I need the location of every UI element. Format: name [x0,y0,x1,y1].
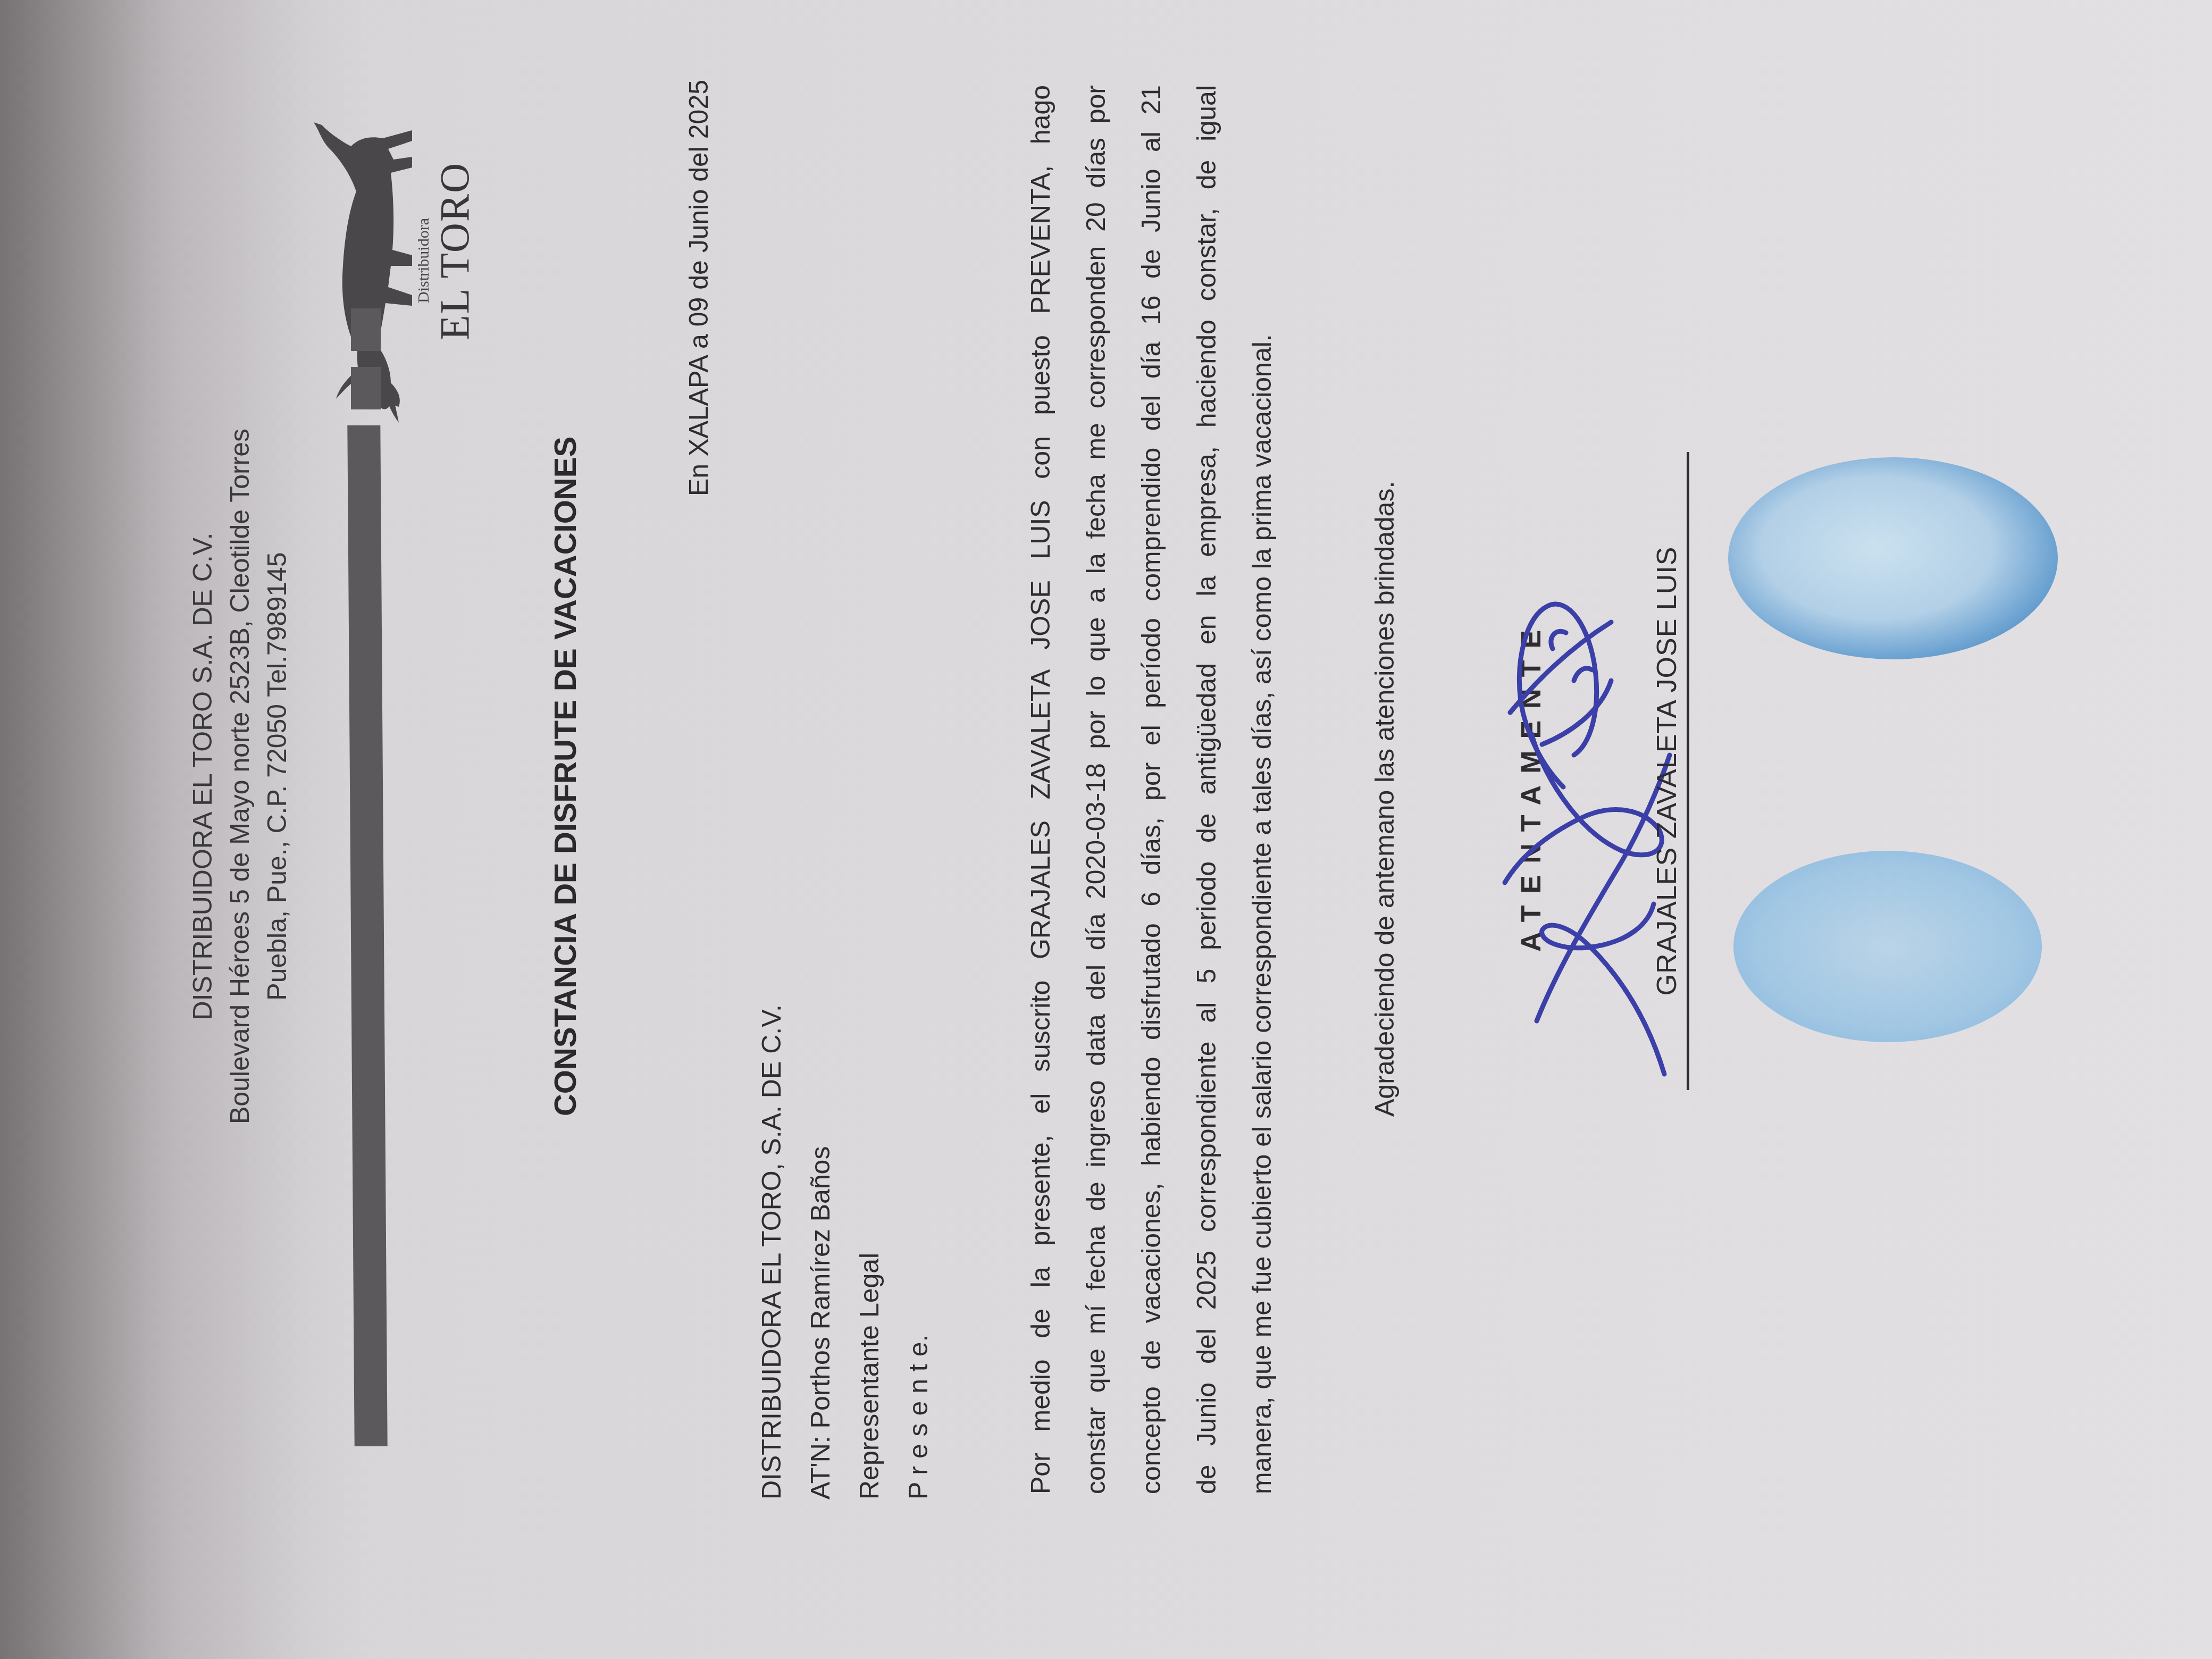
decorative-bar [347,425,387,1446]
place-date: En XALAPA a 09 de Junio del 2025 [683,80,714,542]
company-city-phone: Puebla, Pue., C.P. 72050 Tel.7989145 [261,245,294,1308]
signature-line [1687,452,1689,1090]
body-paragraph: Por medio de la presente, el suscrito GR… [1013,85,1289,1494]
signer-name: GRAJALES ZAVALETA JOSE LUIS [1651,457,1683,1085]
recipient-attention: AT'N: Porthos Ramírez Baños [796,1004,845,1499]
body-line: constar que mí fecha de ingreso data del… [1068,85,1124,1494]
logo-small-text: Distribuidora [415,218,433,303]
company-name: DISTRIBUIDORA EL TORO S.A. DE C.V. [186,245,219,1308]
body-line: Por medio de la presente, el suscrito GR… [1013,85,1068,1494]
logo-brand-text: EL TORO [431,162,479,340]
company-address: Boulevard Héroes 5 de Mayo norte 2523B, … [223,245,256,1308]
document-title: CONSTANCIA DE DISFRUTE DE VACACIONES [548,351,583,1202]
fingerprint-right [1728,457,2058,659]
body-line: concepto de vacaciones, habiendo disfrut… [1124,85,1179,1494]
decorative-bar-segment [351,367,381,409]
body-line: de Junio del 2025 correspondiente al 5 p… [1179,85,1234,1494]
decorative-bar-segment [351,308,381,351]
document-page: DISTRIBUIDORA EL TORO S.A. DE C.V. Boule… [0,0,2212,1659]
recipient-salutation: P r e s e n t e. [894,1004,943,1499]
company-logo: Distribuidora EL TORO [298,106,489,436]
fingerprint-left [1733,851,2042,1042]
recipient-company: DISTRIBUIDORA EL TORO, S.A. DE C.V. [747,1004,796,1499]
body-line: manera, que me fue cubierto el salario c… [1234,85,1289,1494]
closing-thanks: Agradeciendo de antemano las atenciones … [1369,481,1400,1117]
recipient-block: DISTRIBUIDORA EL TORO, S.A. DE C.V. AT'N… [747,1004,943,1499]
recipient-role: Representante Legal [845,1004,894,1499]
